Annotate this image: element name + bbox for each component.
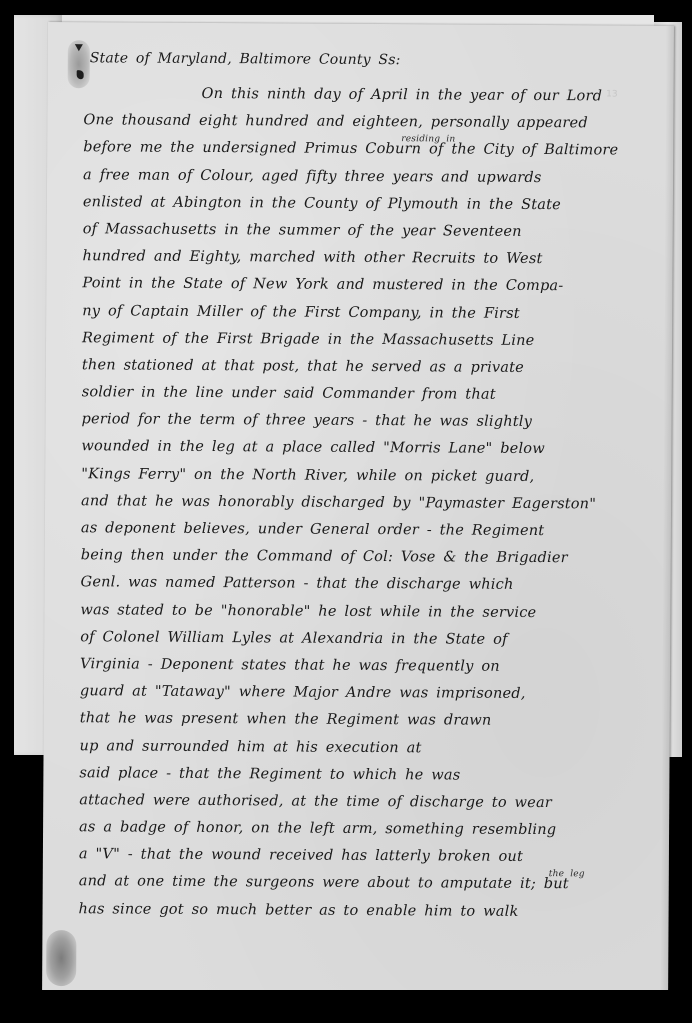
text-line: and at one time the surgeons were about … [79, 874, 569, 893]
text-line: guard at "Tataway" where Major Andre was… [80, 678, 660, 709]
text-line: Virginia - Deponent states that he was f… [80, 651, 660, 682]
text-line-with-insertion: the leg and at one time the surgeons wer… [79, 869, 659, 900]
text-line: Point in the State of New York and muste… [82, 271, 662, 302]
scan-background-bottom [0, 990, 692, 1023]
interlinear-insertion: the leg [549, 862, 585, 889]
text-line: that he was present when the Regiment wa… [80, 706, 660, 737]
text-line: has since got so much better as to enabl… [78, 896, 658, 927]
text-line: a free man of Colour, aged fifty three y… [83, 162, 663, 193]
text-line: said place - that the Regiment to which … [79, 760, 659, 791]
text-line: period for the term of three years - tha… [81, 406, 661, 437]
text-line: wounded in the leg at a place called "Mo… [81, 434, 661, 465]
interlinear-insertion: residing in [401, 127, 455, 155]
text-line: before me the undersigned Primus Coburn … [83, 140, 618, 159]
text-line: enlisted at Abington in the County of Pl… [83, 189, 663, 220]
text-line: as deponent believes, under General orde… [81, 515, 661, 546]
text-line: up and surrounded him at his execution a… [79, 733, 659, 764]
text-line: Genl. was named Patterson - that the dis… [80, 570, 660, 601]
manuscript-page: 13 State of Maryland, Baltimore County S… [42, 22, 674, 994]
text-line: attached were authorised, at the time of… [79, 787, 659, 818]
text-line: then stationed at that post, that he ser… [82, 352, 662, 383]
text-line: hundred and Eighty, marched with other R… [82, 243, 662, 274]
text-line: ny of Captain Miller of the First Compan… [82, 298, 662, 329]
document-header: State of Maryland, Baltimore County Ss: [84, 36, 664, 84]
text-line: and that he was honorably discharged by … [81, 488, 661, 519]
text-line: was stated to be "honorable" he lost whi… [80, 597, 660, 628]
text-line: of Massachusetts in the summer of the ye… [83, 216, 663, 247]
manuscript-text: State of Maryland, Baltimore County Ss: … [78, 36, 663, 926]
text-line: soldier in the line under said Commander… [82, 379, 662, 410]
text-line: of Colonel William Lyles at Alexandria i… [80, 624, 660, 655]
text-line: One thousand eight hundred and eighteen,… [83, 107, 663, 138]
scan-background-left [0, 0, 14, 1023]
text-line: being then under the Command of Col: Vos… [81, 542, 661, 573]
text-line: as a badge of honor, on the left arm, so… [79, 814, 659, 845]
text-line: On this ninth day of April in the year o… [83, 80, 663, 111]
text-line-with-insertion: residing in before me the undersigned Pr… [83, 135, 663, 166]
text-line: "Kings Ferry" on the North River, while … [81, 461, 661, 492]
ink-stain-icon [46, 930, 76, 986]
text-line: Regiment of the First Brigade in the Mas… [82, 325, 662, 356]
